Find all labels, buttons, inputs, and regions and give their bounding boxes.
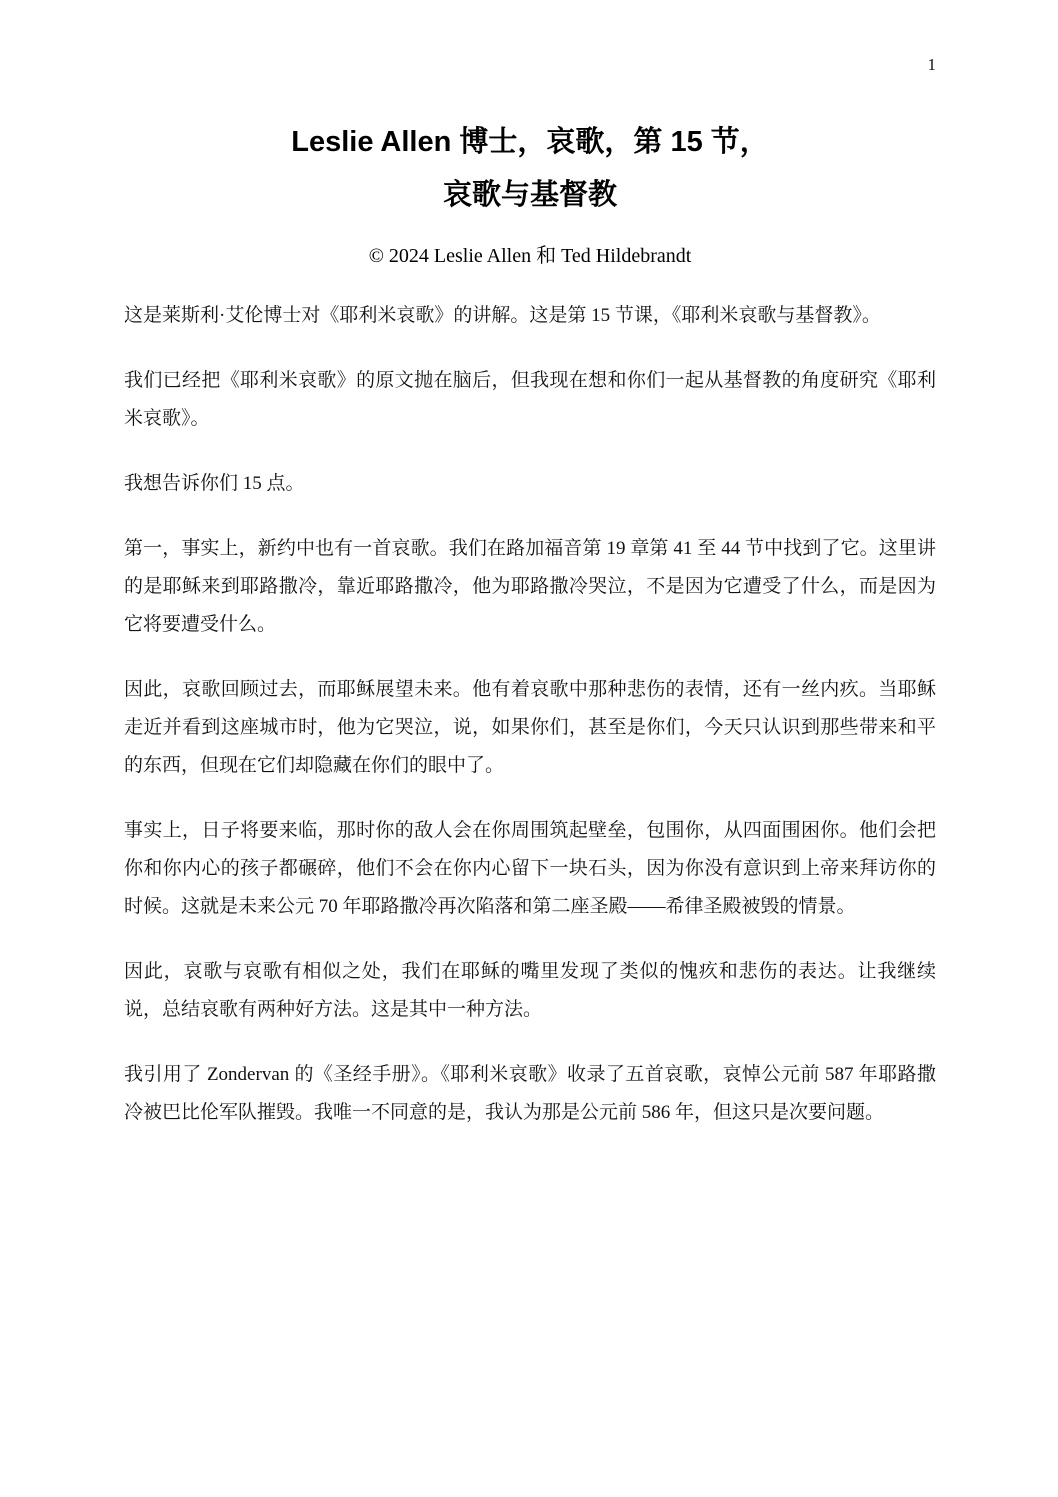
paragraph: 因此，哀歌回顾过去，而耶稣展望未来。他有着哀歌中那种悲伤的表情，还有一丝内疚。当…: [124, 671, 936, 785]
paragraph: 我引用了 Zondervan 的《圣经手册》。《耶利米哀歌》收录了五首哀歌，哀悼…: [124, 1056, 936, 1132]
copyright-line: © 2024 Leslie Allen 和 Ted Hildebrandt: [124, 241, 936, 271]
page-content: 1 Leslie Allen 博士，哀歌，第 15 节， 哀歌与基督教 © 20…: [124, 0, 936, 1159]
document-title-line1: Leslie Allen 博士，哀歌，第 15 节，: [124, 116, 936, 169]
document-title: Leslie Allen 博士，哀歌，第 15 节， 哀歌与基督教: [124, 116, 936, 222]
paragraph: 事实上，日子将要来临，那时你的敌人会在你周围筑起壁垒，包围你，从四面围困你。他们…: [124, 812, 936, 926]
paragraph: 因此，哀歌与哀歌有相似之处，我们在耶稣的嘴里发现了类似的愧疚和悲伤的表达。让我继…: [124, 953, 936, 1029]
page-number: 1: [124, 0, 936, 76]
document-page: 1 Leslie Allen 博士，哀歌，第 15 节， 哀歌与基督教 © 20…: [0, 0, 1058, 1497]
paragraph: 我想告诉你们 15 点。: [124, 465, 936, 503]
paragraph: 这是莱斯利·艾伦博士对《耶利米哀歌》的讲解。这是第 15 节课，《耶利米哀歌与基…: [124, 297, 936, 335]
paragraph: 我们已经把《耶利米哀歌》的原文抛在脑后，但我现在想和你们一起从基督教的角度研究《…: [124, 362, 936, 438]
paragraph: 第一，事实上，新约中也有一首哀歌。我们在路加福音第 19 章第 41 至 44 …: [124, 530, 936, 644]
document-body: 这是莱斯利·艾伦博士对《耶利米哀歌》的讲解。这是第 15 节课，《耶利米哀歌与基…: [124, 297, 936, 1132]
document-title-line2: 哀歌与基督教: [124, 169, 936, 222]
